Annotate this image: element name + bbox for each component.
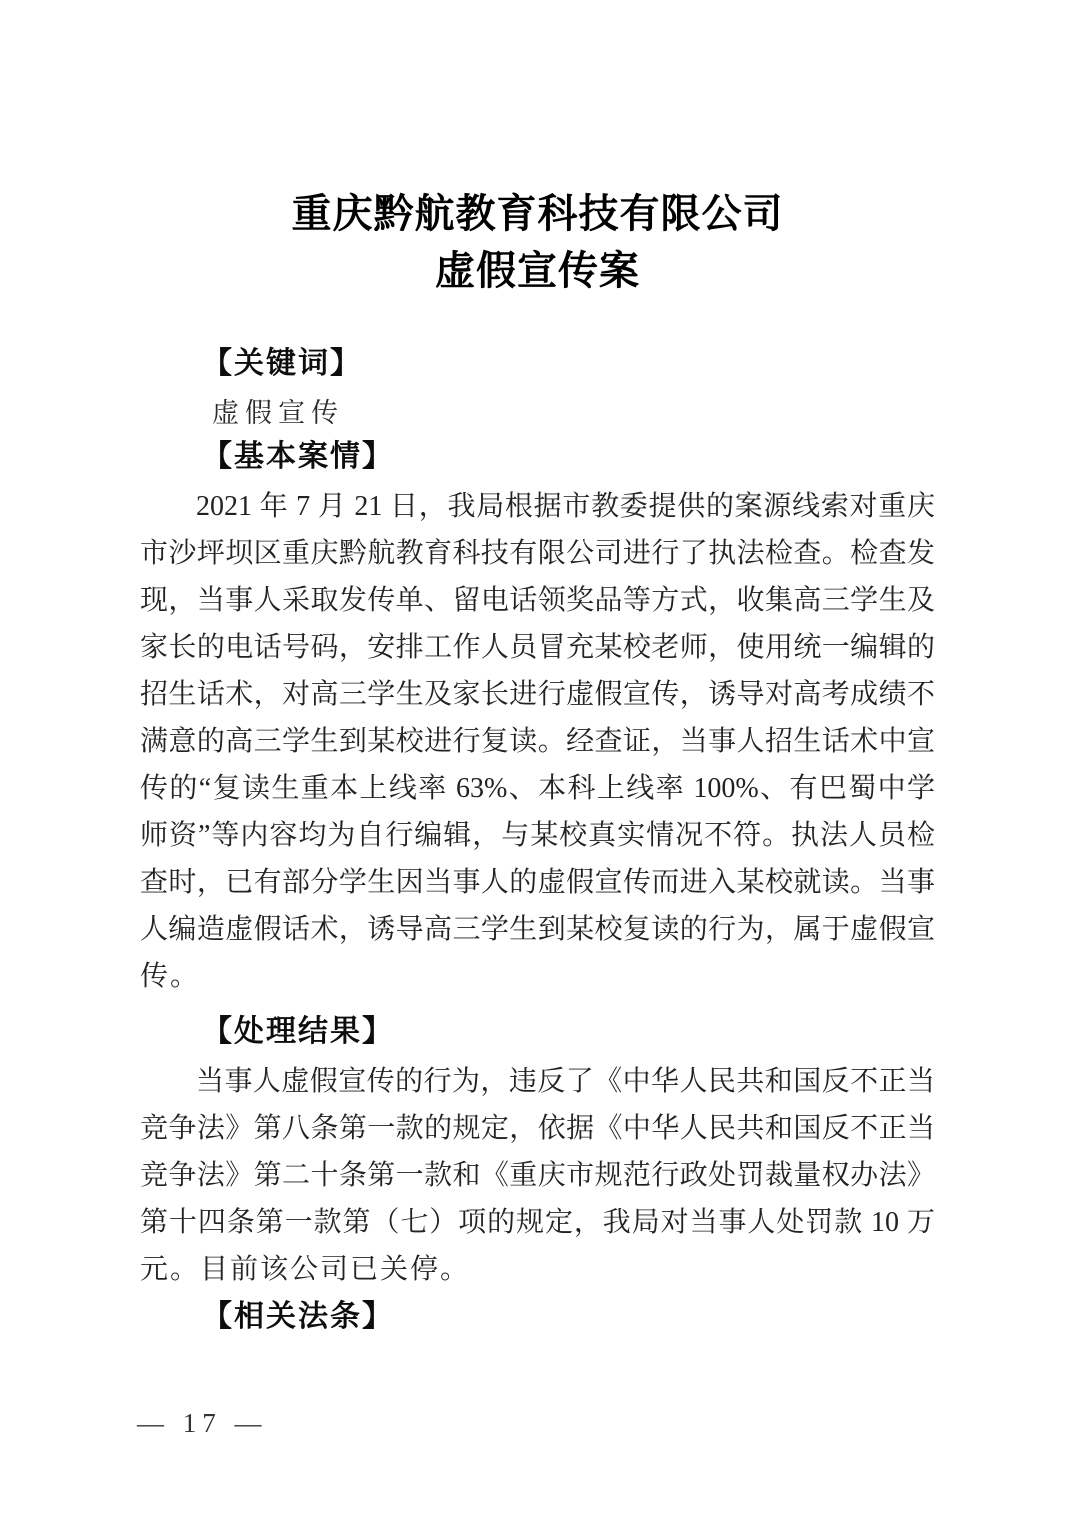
- text-line: 家长的电话号码，安排工作人员冒充某校老师，使用统一编辑的: [140, 624, 935, 671]
- text-line: 现，当事人采取发传单、留电话领奖品等方式，收集高三学生及: [140, 577, 935, 624]
- text-line: 人编造虚假话术，诱导高三学生到某校复读的行为，属于虚假宣: [140, 906, 935, 953]
- title-line-1: 重庆黔航教育科技有限公司: [140, 185, 935, 242]
- text-line: 满意的高三学生到某校进行复读。经查证，当事人招生话术中宣: [140, 718, 935, 765]
- text-line: 当事人虚假宣传的行为，违反了《中华人民共和国反不正当: [140, 1058, 935, 1105]
- title-line-2: 虚假宣传案: [140, 242, 935, 299]
- text-line: 传的“复读生重本上线率 63%、本科上线率 100%、有巴蜀中学: [140, 765, 935, 812]
- facts-paragraph: 2021 年 7 月 21 日，我局根据市教委提供的案源线索对重庆市沙坪坝区重庆…: [140, 483, 935, 1000]
- text-line: 查时，已有部分学生因当事人的虚假宣传而进入某校就读。当事: [140, 859, 935, 906]
- document-title: 重庆黔航教育科技有限公司 虚假宣传案: [140, 185, 935, 299]
- page-number: — 17 —: [137, 1408, 268, 1439]
- keyword-text: 虚假宣传: [140, 398, 935, 428]
- document-page: 重庆黔航教育科技有限公司 虚假宣传案 【关键词】 虚假宣传 【基本案情】 202…: [0, 0, 1074, 1520]
- text-line: 招生话术，对高三学生及家长进行虚假宣传，诱导对高考成绩不: [140, 671, 935, 718]
- text-line: 元。目前该公司已关停。: [140, 1246, 935, 1293]
- document-body: 重庆黔航教育科技有限公司 虚假宣传案 【关键词】 虚假宣传 【基本案情】 202…: [140, 0, 935, 1334]
- text-line: 2021 年 7 月 21 日，我局根据市教委提供的案源线索对重庆: [140, 483, 935, 530]
- text-line: 竞争法》第八条第一款的规定，依据《中华人民共和国反不正当: [140, 1105, 935, 1152]
- text-line: 传。: [140, 953, 935, 1000]
- text-line: 市沙坪坝区重庆黔航教育科技有限公司进行了执法检查。检查发: [140, 530, 935, 577]
- section-header-laws: 【相关法条】: [140, 1300, 935, 1334]
- text-line: 第十四条第一款第（七）项的规定，我局对当事人处罚款 10 万: [140, 1199, 935, 1246]
- section-header-result: 【处理结果】: [140, 1015, 935, 1049]
- result-paragraph: 当事人虚假宣传的行为，违反了《中华人民共和国反不正当竞争法》第八条第一款的规定，…: [140, 1058, 935, 1293]
- section-header-facts: 【基本案情】: [140, 440, 935, 474]
- text-line: 师资”等内容均为自行编辑，与某校真实情况不符。执法人员检: [140, 812, 935, 859]
- text-line: 竞争法》第二十条第一款和《重庆市规范行政处罚裁量权办法》: [140, 1152, 935, 1199]
- section-header-keywords: 【关键词】: [140, 347, 935, 381]
